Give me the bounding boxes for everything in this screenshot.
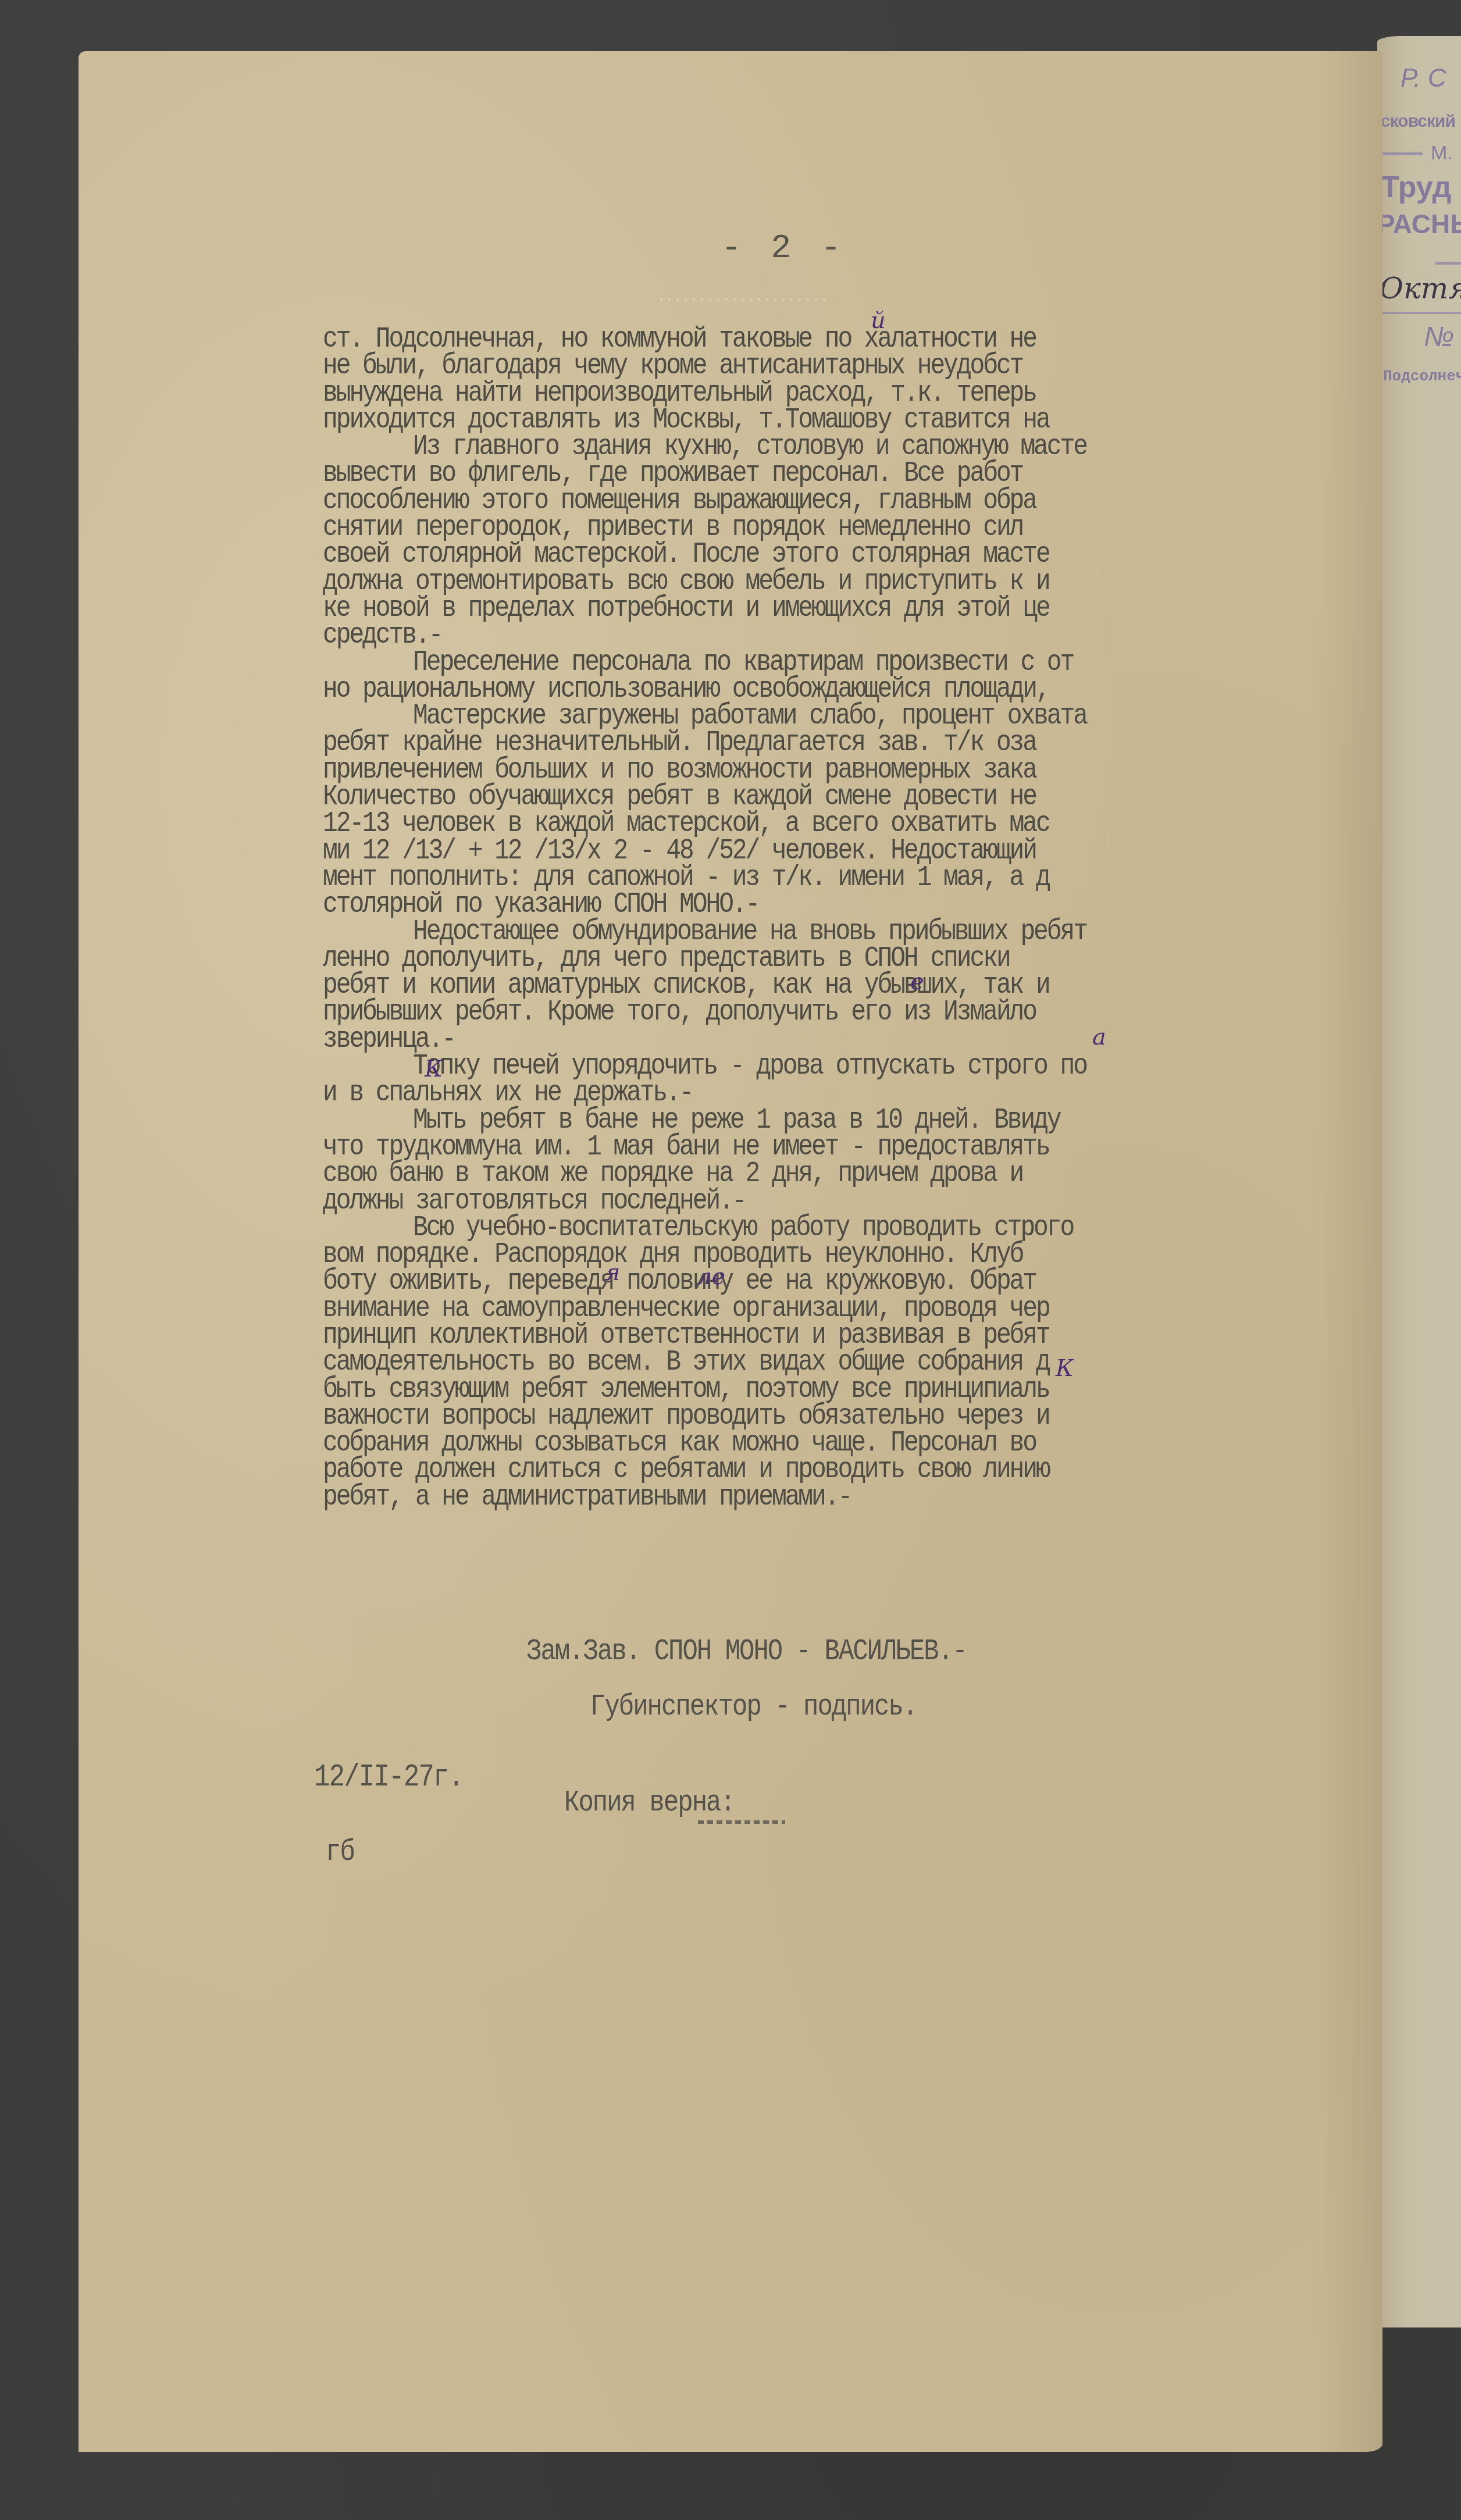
stamp-rule — [1435, 262, 1461, 265]
handwritten-correction: К — [425, 1056, 443, 1082]
handwritten-note: Октябр — [1380, 272, 1461, 305]
handwritten-correction: й — [871, 307, 886, 334]
stamp-text: сковский — [1381, 112, 1455, 131]
handwritten-correction: К — [1056, 1355, 1074, 1382]
stamp-text: Труд — [1381, 170, 1452, 205]
handwritten-correction: я — [605, 1259, 620, 1286]
handwritten-correction: а — [1092, 1024, 1106, 1050]
signature-inspector: Губинспектор - подпись. — [590, 1690, 917, 1724]
page-number: - 2 - — [721, 230, 846, 268]
adjacent-page: Р. С сковский М. Труд РАСНЬ Октябр № Под… — [1377, 36, 1461, 2327]
document-date: 12/II-27г. — [314, 1759, 463, 1795]
stamp-text: Подсолнечн — [1383, 368, 1461, 385]
perforation-dots — [657, 297, 832, 302]
stamp-text: М. — [1431, 142, 1453, 165]
stamp-rule — [1377, 312, 1461, 314]
handwritten-correction: е — [910, 968, 924, 995]
handwritten-correction: ле — [697, 1263, 725, 1290]
text-line: ребят, а не административными приемами.- — [323, 1481, 1381, 1510]
signature-deputy: Зам.Зав. СПОН МОНО - ВАСИЛЬЕВ.- — [526, 1635, 967, 1669]
stamp-rule — [1382, 152, 1423, 155]
stamp-text: Р. С — [1401, 64, 1446, 93]
stamp-text: № — [1424, 321, 1454, 353]
document-body: ст. Подсолнечная, но коммуной таковые по… — [323, 326, 1381, 1510]
copy-certified-label: Копия верна: — [564, 1786, 735, 1820]
stamp-text: РАСНЬ — [1377, 208, 1461, 240]
signature-dashes — [698, 1820, 785, 1824]
typist-initials: гб — [326, 1835, 354, 1870]
